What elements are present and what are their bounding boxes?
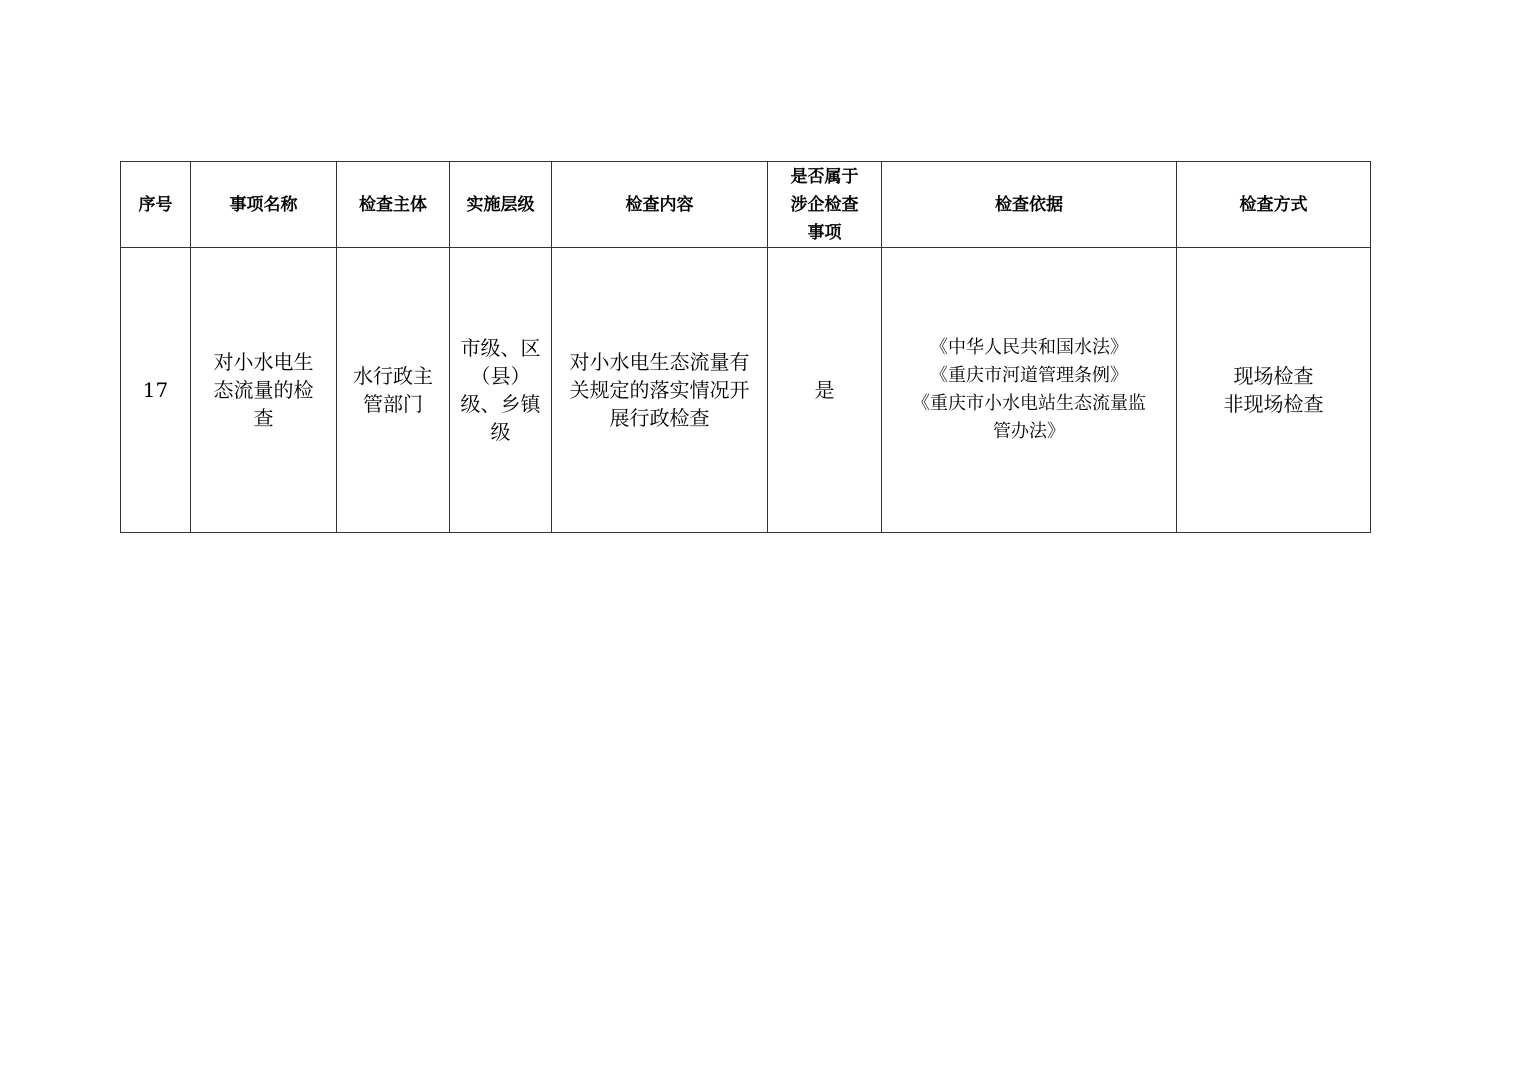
table-row: 17 对小水电生 态流量的检 查 水行政主 管部门 市级、区 （县） 级、乡镇 …	[121, 248, 1371, 533]
header-item-name: 事项名称	[191, 162, 337, 248]
header-enterprise-related: 是否属于 涉企检查 事项	[768, 162, 882, 248]
cell-inspector: 水行政主 管部门	[337, 248, 450, 533]
header-index: 序号	[121, 162, 191, 248]
cell-method: 现场检查 非现场检查	[1177, 248, 1371, 533]
header-level: 实施层级	[450, 162, 552, 248]
header-basis: 检查依据	[882, 162, 1177, 248]
table-header-row: 序号 事项名称 检查主体 实施层级 检查内容 是否属于 涉企检查 事项 检查依据…	[121, 162, 1371, 248]
cell-enterprise-related: 是	[768, 248, 882, 533]
header-method: 检查方式	[1177, 162, 1371, 248]
cell-basis: 《中华人民共和国水法》 《重庆市河道管理条例》 《重庆市小水电站生态流量监 管办…	[882, 248, 1177, 533]
cell-index: 17	[121, 248, 191, 533]
cell-item-name: 对小水电生 态流量的检 查	[191, 248, 337, 533]
header-content: 检查内容	[552, 162, 768, 248]
cell-content: 对小水电生态流量有 关规定的落实情况开 展行政检查	[552, 248, 768, 533]
inspection-items-table: 序号 事项名称 检查主体 实施层级 检查内容 是否属于 涉企检查 事项 检查依据…	[120, 161, 1371, 533]
header-inspector: 检查主体	[337, 162, 450, 248]
cell-level: 市级、区 （县） 级、乡镇 级	[450, 248, 552, 533]
